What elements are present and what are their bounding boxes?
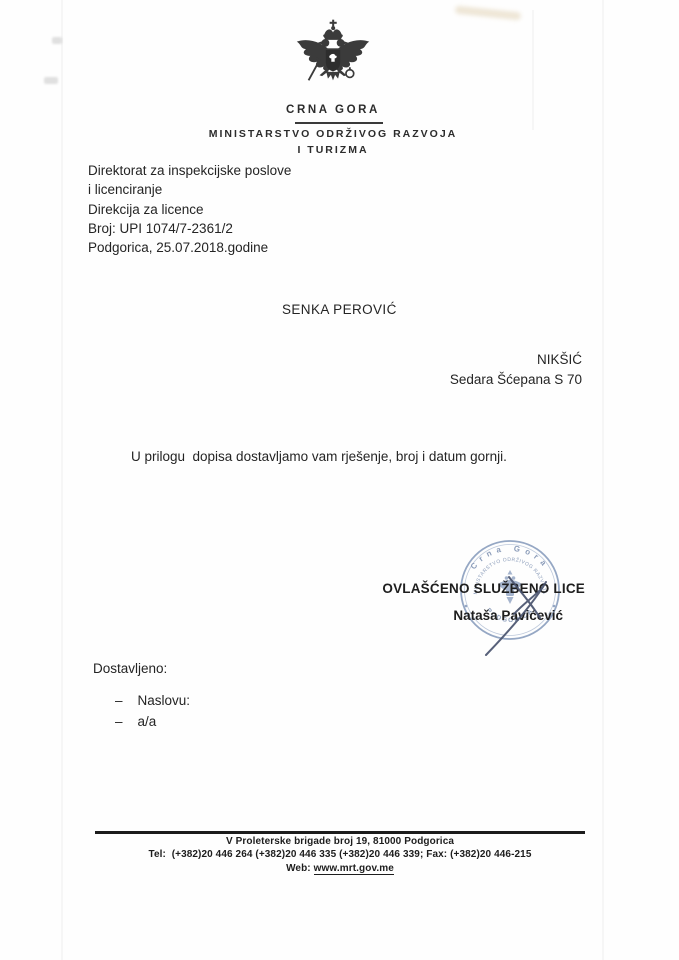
recipient-city: NIKŠIĆ bbox=[450, 350, 582, 370]
letter-body-text: U prilogu dopisa dostavljamo vam rješenj… bbox=[131, 449, 507, 464]
meta-directorate-licence: Direkcija za licence bbox=[88, 200, 291, 219]
dash-bullet: – bbox=[115, 714, 123, 729]
meta-place-date: Podgorica, 25.07.2018.godine bbox=[88, 238, 291, 257]
footer-web-url: www.mrt.gov.me bbox=[314, 863, 394, 875]
footer-web-label: Web: bbox=[286, 863, 314, 874]
footer-divider bbox=[95, 831, 585, 834]
distribution-label: Dostavljeno: bbox=[93, 661, 167, 676]
handwritten-signature bbox=[450, 548, 570, 673]
country-title: CRNA GORA bbox=[133, 104, 533, 116]
meta-directorate: Direktorat za inspekcijske poslove bbox=[88, 161, 291, 180]
scan-artifact-line bbox=[61, 0, 63, 960]
sender-meta-block: Direktorat za inspekcijske poslove i lic… bbox=[88, 161, 291, 257]
ministry-name-line1: MINISTARSTVO ODRŽIVOG RAZVOJA bbox=[133, 128, 533, 140]
footer-phones: Tel: (+382)20 446 264 (+382)20 446 335 (… bbox=[60, 849, 620, 860]
recipient-name: SENKA PEROVIĆ bbox=[282, 302, 397, 317]
montenegro-coat-of-arms bbox=[290, 18, 376, 98]
dash-bullet: – bbox=[115, 693, 123, 708]
ministry-name-line2: I TURIZMA bbox=[133, 144, 533, 156]
meta-ref-number: Broj: UPI 1074/7-2361/2 bbox=[88, 219, 291, 238]
scan-artifact-line bbox=[602, 0, 604, 960]
header-divider bbox=[295, 122, 383, 124]
scan-artifact-speck bbox=[52, 37, 62, 44]
distribution-item: – Naslovu: bbox=[115, 693, 190, 708]
scanned-letter-page: CRNA GORA MINISTARSTVO ODRŽIVOG RAZVOJA … bbox=[0, 0, 679, 960]
distribution-item: – a/a bbox=[115, 714, 156, 729]
footer-address: V Proleterske brigade broj 19, 81000 Pod… bbox=[60, 836, 620, 847]
footer-web-line: Web: www.mrt.gov.me bbox=[60, 863, 620, 874]
scan-artifact-smudge bbox=[455, 6, 521, 21]
recipient-address-block: NIKŠIĆ Sedara Šćepana S 70 bbox=[450, 350, 582, 390]
distribution-item-label: Naslovu: bbox=[138, 693, 191, 708]
recipient-street: Sedara Šćepana S 70 bbox=[450, 370, 582, 390]
distribution-item-label: a/a bbox=[138, 714, 157, 729]
meta-directorate-cont: i licenciranje bbox=[88, 180, 291, 199]
scan-artifact-speck bbox=[44, 77, 58, 84]
